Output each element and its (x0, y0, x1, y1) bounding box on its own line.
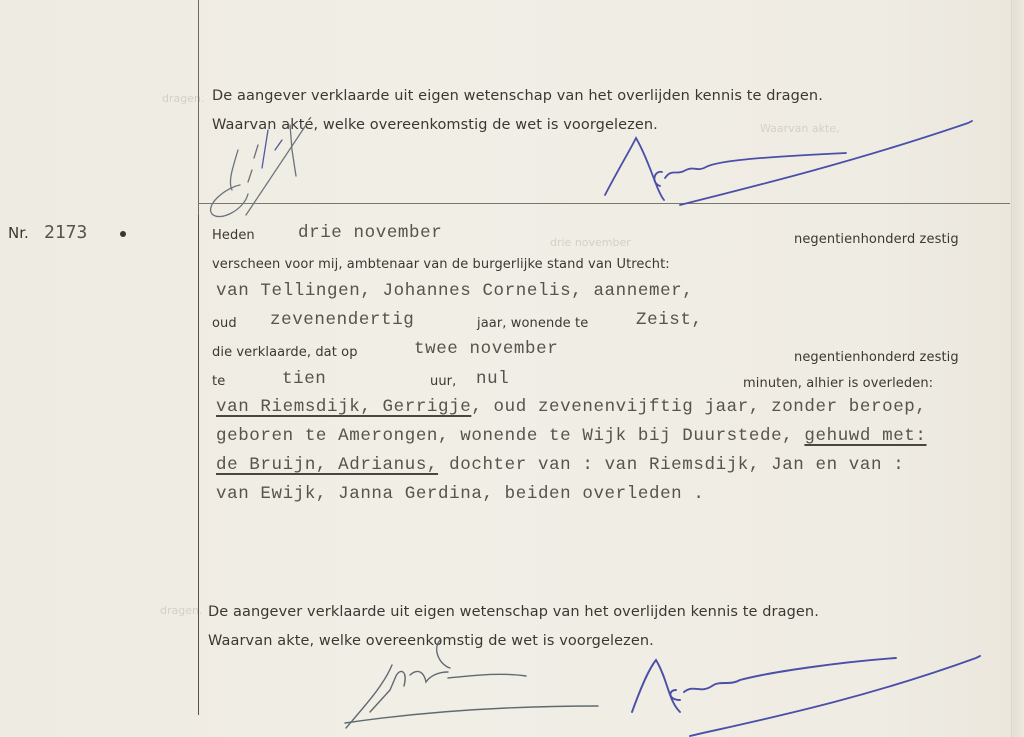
margin-rule (198, 215, 199, 715)
page-fold (1011, 0, 1012, 737)
married-label: gehuwd met: (804, 426, 926, 446)
record-separator (198, 203, 1010, 204)
record-number-bullet (120, 231, 126, 237)
declarant-name: van Tellingen, Johannes Cornelis, aannem… (216, 281, 693, 301)
birth-residence: geboren te Amerongen, wonende te Wijk bi… (216, 426, 804, 446)
footer-line-1: De aangever verklaarde uit eigen wetensc… (208, 604, 819, 620)
label-uur: uur, (430, 374, 456, 389)
deceased-line-3: de Bruijn, Adrianus, dochter van : van R… (216, 455, 904, 475)
label-te: te (212, 374, 225, 389)
hour-of-death: tien (282, 369, 326, 389)
deceased-name: van Riemsdijk, Gerrigje (216, 397, 471, 417)
margin-rule (198, 0, 199, 215)
label-die-verklaarde: die verklaarde, dat op (212, 345, 358, 360)
show-through-text: drie november (550, 236, 631, 249)
previous-footer-line-1: De aangever verklaarde uit eigen wetensc… (212, 88, 823, 104)
record-number: 2173 (44, 222, 87, 243)
label-minuten: minuten, alhier is overleden: (743, 376, 933, 391)
label-verscheen: verscheen voor mij, ambtenaar van de bur… (212, 257, 670, 272)
deceased-line-4: van Ewijk, Janna Gerdina, beiden overled… (216, 484, 704, 504)
date-declared: drie november (298, 223, 442, 243)
record-number-label: Nr. (8, 224, 29, 242)
show-through-text: Waarvan akte, (760, 122, 840, 135)
document-page (0, 0, 1024, 737)
label-heden: Heden (212, 228, 255, 243)
footer-line-2: Waarvan akte, welke overeenkomstig de we… (208, 633, 654, 649)
previous-footer-line-2: Waarvan akté, welke overeenkomstig de we… (212, 117, 658, 133)
spouse-name: de Bruijn, Adrianus, (216, 455, 438, 475)
date-of-death: twee november (414, 339, 558, 359)
show-through-text: dragen. (160, 604, 202, 617)
minutes-of-death: nul (476, 369, 509, 389)
parents-line: dochter van : van Riemsdijk, Jan en van … (438, 455, 904, 475)
deceased-age-occupation: , oud zevenenvijftig jaar, zonder beroep… (471, 397, 926, 417)
label-year-1: negentienhonderd zestig (794, 232, 959, 247)
label-oud: oud (212, 316, 237, 331)
label-year-2: negentienhonderd zestig (794, 350, 959, 365)
declarant-residence: Zeist, (636, 310, 703, 330)
deceased-line-1: van Riemsdijk, Gerrigje, oud zevenenvijf… (216, 397, 927, 417)
declarant-age: zevenendertig (270, 310, 414, 330)
deceased-line-2: geboren te Amerongen, wonende te Wijk bi… (216, 426, 927, 446)
label-jaar-wonende: jaar, wonende te (477, 316, 588, 331)
